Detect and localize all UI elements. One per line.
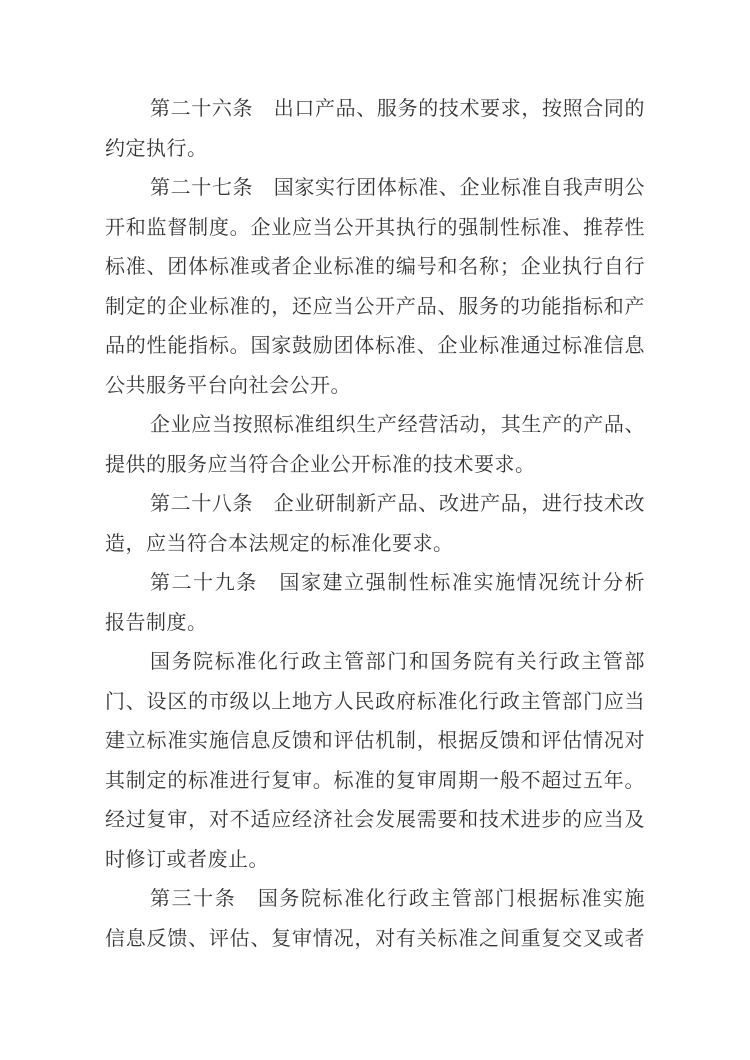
text-line-12: 造，应当符合本法规定的标准化要求。 [105, 525, 645, 565]
text-line-7: 品的性能指标。国家鼓励团体标准、企业标准通过标准信息 [105, 327, 645, 367]
text-line-14: 报告制度。 [105, 604, 645, 644]
text-line-1: 第二十六条 出口产品、服务的技术要求，按照合同的 [105, 90, 645, 130]
text-line-11: 第二十八条 企业研制新产品、改进产品，进行技术改 [105, 485, 645, 525]
text-line-8: 公共服务平台向社会公开。 [105, 367, 645, 407]
text-line-3: 第二十七条 国家实行团体标准、企业标准自我声明公 [105, 169, 645, 209]
text-line-9: 企业应当按照标准组织生产经营活动，其生产的产品、 [105, 406, 645, 446]
text-line-16: 门、设区的市级以上地方人民政府标准化行政主管部门应当 [105, 683, 645, 723]
text-line-10: 提供的服务应当符合企业公开标准的技术要求。 [105, 446, 645, 486]
document-text-block: 第二十六条 出口产品、服务的技术要求，按照合同的约定执行。第二十七条 国家实行团… [105, 90, 645, 959]
document-page: 第二十六条 出口产品、服务的技术要求，按照合同的约定执行。第二十七条 国家实行团… [0, 0, 750, 1060]
text-line-21: 第三十条 国务院标准化行政主管部门根据标准实施 [105, 880, 645, 920]
text-line-4: 开和监督制度。企业应当公开其执行的强制性标准、推荐性 [105, 209, 645, 249]
text-line-18: 其制定的标准进行复审。标准的复审周期一般不超过五年。 [105, 762, 645, 802]
text-line-20: 时修订或者废止。 [105, 841, 645, 881]
text-line-15: 国务院标准化行政主管部门和国务院有关行政主管部 [105, 643, 645, 683]
text-line-17: 建立标准实施信息反馈和评估机制，根据反馈和评估情况对 [105, 722, 645, 762]
text-line-5: 标准、团体标准或者企业标准的编号和名称；企业执行自行 [105, 248, 645, 288]
text-line-6: 制定的企业标准的，还应当公开产品、服务的功能指标和产 [105, 288, 645, 328]
text-line-2: 约定执行。 [105, 130, 645, 170]
text-line-19: 经过复审，对不适应经济社会发展需要和技术进步的应当及 [105, 801, 645, 841]
text-line-13: 第二十九条 国家建立强制性标准实施情况统计分析 [105, 564, 645, 604]
text-line-22: 信息反馈、评估、复审情况，对有关标准之间重复交叉或者 [105, 920, 645, 960]
